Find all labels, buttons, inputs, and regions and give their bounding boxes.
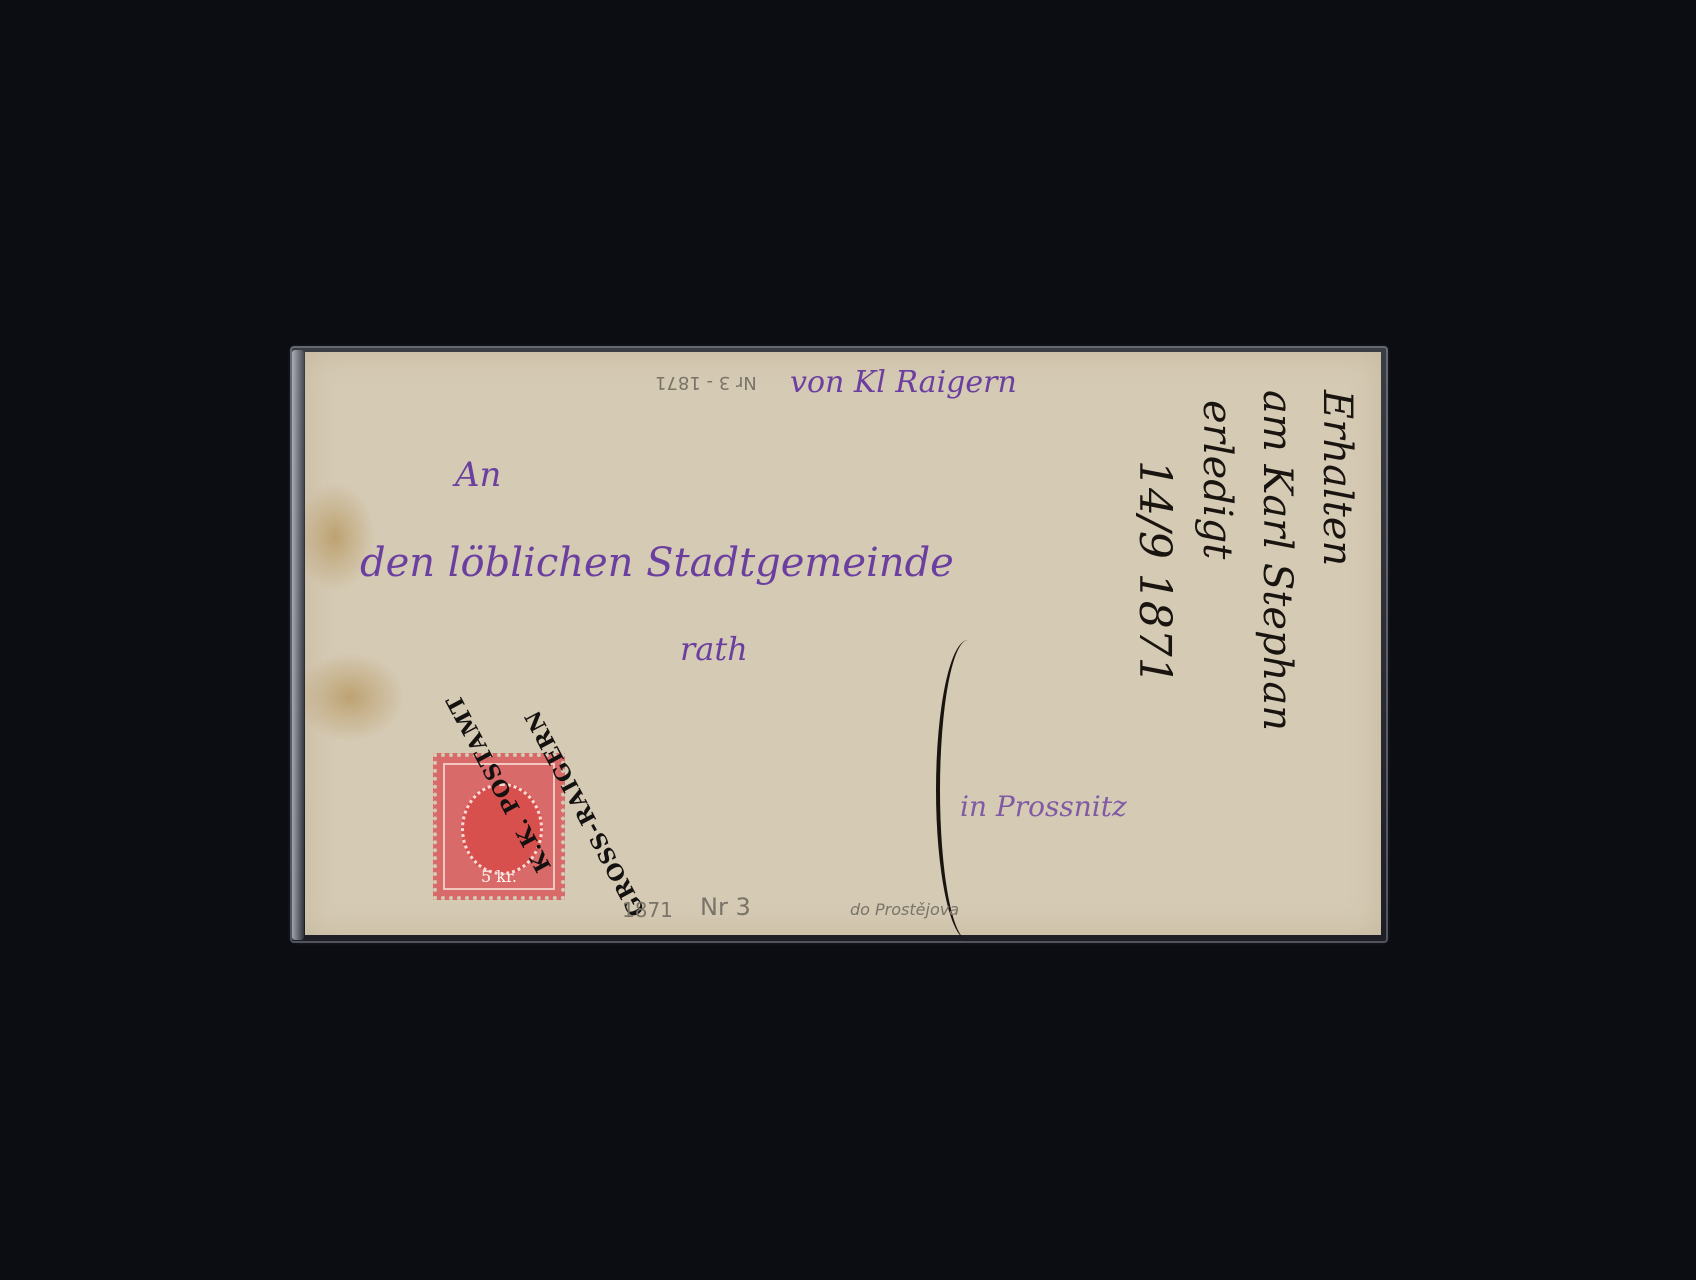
sender-line: von Kl Raigern [790,365,1017,400]
address-line-3: rath [680,630,748,668]
vertical-note-line-2: am Karl Stephan [1254,390,1300,731]
pencil-note: do Prostějova [850,900,959,919]
vertical-note-line-1: Erhalten [1314,390,1360,566]
address-line-1: An [455,455,501,495]
pencil-number: Nr 3 [700,893,751,921]
stain [305,652,405,742]
pencil-year: 1871 [622,898,673,922]
sleeve-glare [292,350,304,940]
address-line-2: den löblichen Stadtgemeinde [360,540,954,586]
top-pencil-note: Nr 3 - 1871 [655,372,757,393]
vertical-note-line-4: 14/9 1871 [1129,460,1180,685]
vertical-note-line-3: erledigt [1194,400,1240,559]
flourish [936,640,1000,940]
